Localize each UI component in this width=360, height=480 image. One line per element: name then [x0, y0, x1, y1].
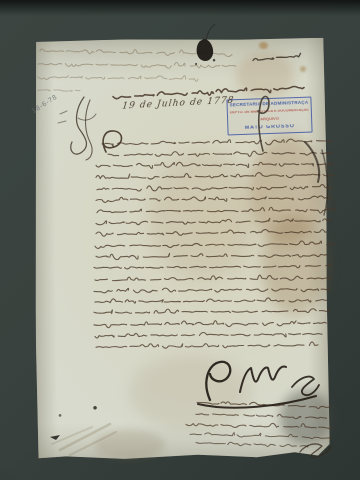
photo-background: SECRETARIA DE ADMINISTRAÇÃO DEPTO. DE BI…	[0, 0, 360, 480]
stamp-line-2: DEPTO. DE BIBLIOTECA E DOCUMENTAÇÃO	[230, 109, 309, 116]
stamp-line-3: ARQUIVO	[230, 116, 309, 123]
stamp-line-4: MATO GROSSO	[230, 123, 309, 131]
background-top-shadow	[0, 0, 360, 16]
handwriting-stroke	[206, 24, 215, 41]
